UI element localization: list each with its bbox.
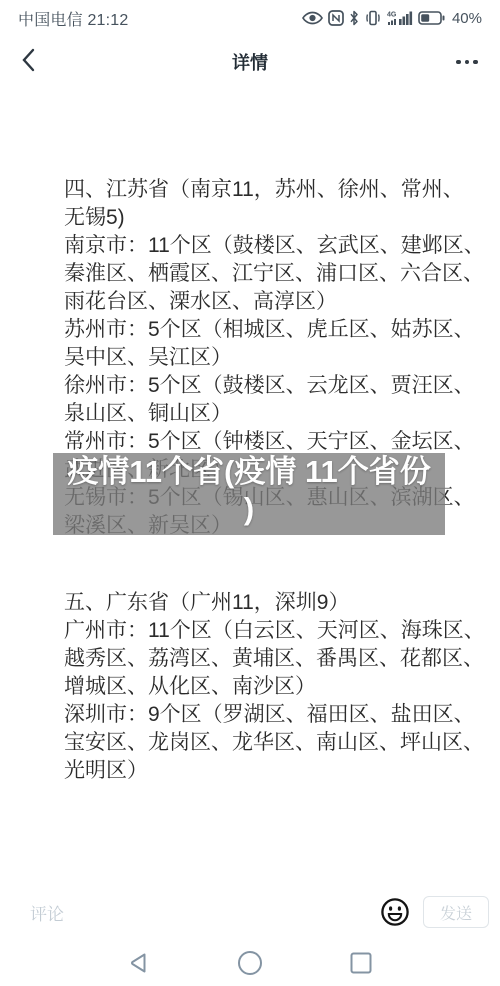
text-line: 吴中区、吴江区） [64,344,480,372]
status-bar: 中国电信 21:12 4G [0,0,500,36]
carrier-time-label: 中国电信 21:12 [18,7,129,30]
back-triangle-icon [127,951,151,980]
signal-4g-icon: 4G [387,10,413,26]
battery-percent-label: 40% [452,10,482,27]
guangdong-section: 五、广东省（广州11，深圳9）广州市：11个区（白云区、天河区、海珠区、越秀区、… [64,589,480,785]
more-menu-button[interactable] [450,46,484,78]
text-line: 无锡5) [64,204,480,232]
text-line: 广州市：11个区（白云区、天河区、海珠区、 [64,617,480,645]
back-chevron-icon [21,48,35,77]
send-button[interactable]: 发送 [423,896,489,928]
text-line: 秦淮区、栖霞区、江宁区、浦口区、六合区、 [64,260,480,288]
text-line: 徐州市：5个区（鼓楼区、云龙区、贾汪区、 [64,372,480,400]
phone-screen: 中国电信 21:12 4G [0,0,500,986]
nfc-icon [328,10,344,26]
watermark-line1: 疫情11个省(疫情 11个省份 [67,453,430,490]
text-line: 越秀区、荔湾区、黄埔区、番禺区、花都区、 [64,645,480,673]
android-nav-bar [0,945,500,986]
more-dots-icon [456,60,478,65]
text-line: 深圳市：9个区（罗湖区、福田区、盐田区、 [64,701,480,729]
text-line: 苏州市：5个区（相城区、虎丘区、姑苏区、 [64,316,480,344]
text-line: 光明区） [64,757,480,785]
text-line: 常州市：5个区（钟楼区、天宁区、金坛区、 [64,428,480,456]
home-circle-icon [237,950,263,981]
text-line: 泉山区、铜山区） [64,400,480,428]
bluetooth-icon [349,10,359,26]
android-recents-button[interactable] [348,953,374,979]
text-line: 四、江苏省（南京11，苏州、徐州、常州、 [64,176,480,204]
vibrate-icon [364,10,382,26]
battery-icon [418,11,445,25]
text-line: 雨花台区、溧水区、高淳区） [64,288,480,316]
comment-input[interactable]: 评论 [30,880,350,945]
android-home-button[interactable] [237,953,263,979]
svg-text:4G: 4G [387,12,397,19]
text-line: 五、广东省（广州11，深圳9） [64,589,480,617]
emoji-smile-icon [380,914,410,931]
emoji-button[interactable] [380,897,410,927]
status-icons: 4G 40% [302,10,482,27]
watermark-line2: ) [244,490,254,527]
back-button[interactable] [12,46,44,78]
nav-bar: 详情 [0,36,500,88]
text-line: 增城区、从化区、南沙区） [64,673,480,701]
recents-square-icon [349,951,373,980]
android-back-button[interactable] [126,953,152,979]
text-line: 宝安区、龙岗区、龙华区、南山区、坪山区、 [64,729,480,757]
watermark-overlay: 疫情11个省(疫情 11个省份 ) [53,453,445,535]
eye-icon [302,11,323,25]
page-title: 详情 [232,49,268,75]
text-line: 南京市：11个区（鼓楼区、玄武区、建邺区、 [64,232,480,260]
